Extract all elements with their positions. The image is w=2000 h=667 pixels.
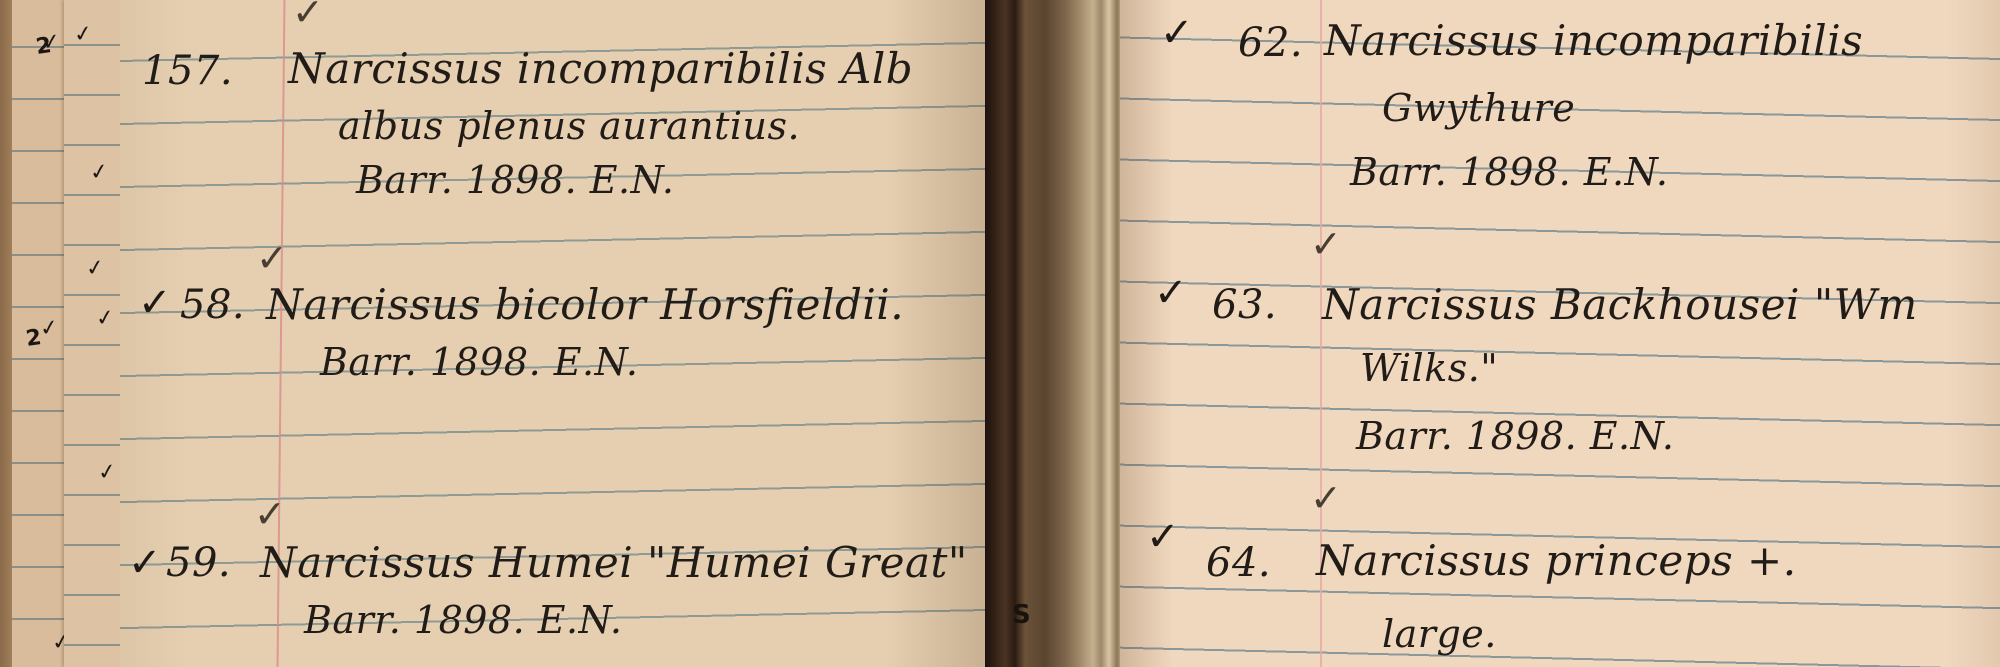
entry-line-3: Barr. 1898. E.N. (1356, 414, 1674, 458)
entry-line-2: Barr. 1898. E.N. (320, 340, 638, 384)
entry-number: 62. (1238, 20, 1303, 66)
check-icon: ✓ (96, 459, 118, 486)
spine-glyph: S (1012, 600, 1031, 630)
tab-strip-outer: 2 ✓ 2 ✓ ✓ (12, 0, 68, 667)
pencil-check-icon: ✓ (1310, 222, 1342, 266)
entry-number: 58. (180, 282, 245, 328)
check-icon: ✓ (72, 21, 94, 48)
check-icon: ✓ (94, 305, 116, 332)
left-page: ✓ 157. Narcissus incomparibilis Alb albu… (120, 0, 990, 667)
entry-line-2: large. (1382, 612, 1497, 656)
entry-line-2: Gwythure (1382, 86, 1575, 130)
check-icon: ✓ (1154, 270, 1188, 316)
entry-line-1: Narcissus Humei "Humei Great" (260, 538, 968, 587)
entry-line-3: Barr. 1898. E.N. (1350, 150, 1668, 194)
pencil-check-icon: ✓ (254, 492, 286, 536)
pencil-check-icon: ✓ (256, 236, 288, 280)
pencil-check-icon: ✓ (1310, 476, 1342, 520)
check-icon: ✓ (84, 255, 106, 282)
pencil-check-icon: ✓ (292, 0, 324, 34)
entry-number: 64. (1206, 540, 1271, 586)
entry-line-3: Barr. 1898. E.N. (356, 158, 674, 202)
entry-number: 59. (166, 540, 231, 586)
entry-line-1: Narcissus Backhousei "Wm (1322, 280, 1918, 329)
entry-line-2: Wilks." (1360, 346, 1498, 390)
entry-line-1: Narcissus incomparibilis (1324, 16, 1863, 65)
check-icon: ✓ (128, 540, 162, 586)
entry-line-1: Narcissus incomparibilis Alb (288, 44, 913, 93)
check-icon: ✓ (38, 315, 60, 342)
check-icon: ✓ (40, 29, 62, 56)
entry-line-1: Narcissus princeps +. (1316, 536, 1797, 585)
entry-line-2: Barr. 1898. E.N. (304, 598, 622, 642)
check-icon: ✓ (88, 159, 110, 186)
entry-line-1: Narcissus bicolor Horsfieldii. (266, 280, 904, 329)
check-icon: ✓ (1146, 514, 1180, 560)
right-page: ✓ 62. Narcissus incomparibilis Gwythure … (1120, 0, 2000, 667)
tab-strip-inner: ✓ ✓ ✓ ✓ ✓ (64, 0, 124, 667)
entry-number: 157. (142, 48, 233, 94)
entry-number: 63. (1212, 282, 1277, 328)
check-icon: ✓ (138, 280, 172, 326)
ledger-photo: 2 ✓ 2 ✓ ✓ ✓ ✓ ✓ ✓ ✓ ✓ 157. Narcissus inc… (0, 0, 2000, 667)
book-spine-gutter (985, 0, 1125, 667)
check-icon: ✓ (1160, 10, 1194, 56)
entry-line-2: albus plenus aurantius. (338, 104, 800, 148)
